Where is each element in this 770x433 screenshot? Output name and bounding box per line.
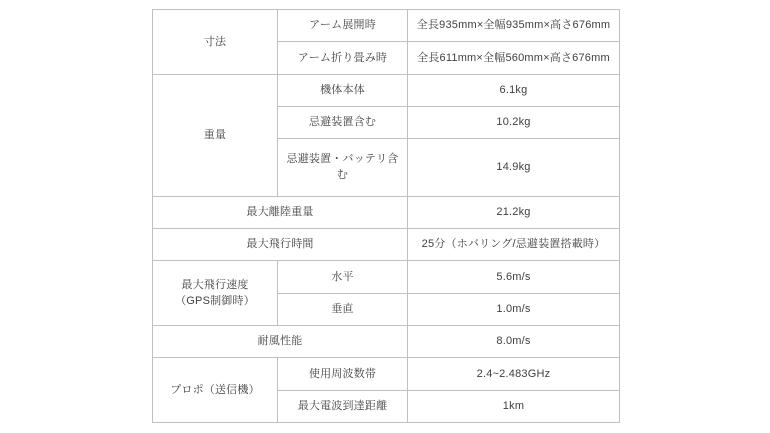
- row-value: 全長611mm×全幅560mm×高さ676mm: [408, 42, 620, 74]
- row-sub-label: 忌避装置・バッテリ含む: [278, 139, 408, 196]
- row-group-label: 最大飛行速度 （GPS制御時）: [153, 261, 278, 326]
- row-value: 5.6m/s: [408, 261, 620, 293]
- row-value: 14.9kg: [408, 139, 620, 196]
- row-group-label: 重量: [153, 74, 278, 196]
- row-sub-label: 水平: [278, 261, 408, 293]
- row-value: 21.2kg: [408, 196, 620, 228]
- row-group-label: 最大離陸重量: [153, 196, 408, 228]
- row-value: 1km: [408, 390, 620, 422]
- row-group-label-line1: 最大飛行速度: [157, 277, 273, 294]
- table-row: プロポ（送信機） 使用周波数帯 2.4~2.483GHz: [153, 358, 620, 390]
- row-value: 10.2kg: [408, 107, 620, 139]
- table-row: 耐風性能 8.0m/s: [153, 325, 620, 357]
- row-value: 2.4~2.483GHz: [408, 358, 620, 390]
- table-row: 重量 機体本体 6.1kg: [153, 74, 620, 106]
- table-row: 最大飛行速度 （GPS制御時） 水平 5.6m/s: [153, 261, 620, 293]
- row-sub-label: 最大電波到達距離: [278, 390, 408, 422]
- row-value: 全長935mm×全幅935mm×高さ676mm: [408, 10, 620, 42]
- row-sub-label: アーム折り畳み時: [278, 42, 408, 74]
- row-sub-label: アーム展開時: [278, 10, 408, 42]
- table-row: 寸法 アーム展開時 全長935mm×全幅935mm×高さ676mm: [153, 10, 620, 42]
- table-row: 最大飛行時間 25分（ホバリング/忌避装置搭載時）: [153, 228, 620, 260]
- row-sub-label: 機体本体: [278, 74, 408, 106]
- row-value: 8.0m/s: [408, 325, 620, 357]
- row-value: 25分（ホバリング/忌避装置搭載時）: [408, 228, 620, 260]
- page: 寸法 アーム展開時 全長935mm×全幅935mm×高さ676mm アーム折り畳…: [0, 0, 770, 433]
- row-group-label: 最大飛行時間: [153, 228, 408, 260]
- row-value: 1.0m/s: [408, 293, 620, 325]
- spec-table: 寸法 アーム展開時 全長935mm×全幅935mm×高さ676mm アーム折り畳…: [152, 9, 620, 423]
- row-sub-label: 垂直: [278, 293, 408, 325]
- row-group-label: プロポ（送信機）: [153, 358, 278, 423]
- row-group-label: 寸法: [153, 10, 278, 75]
- table-row: 最大離陸重量 21.2kg: [153, 196, 620, 228]
- row-group-label: 耐風性能: [153, 325, 408, 357]
- row-sub-label: 使用周波数帯: [278, 358, 408, 390]
- row-group-label-line2: （GPS制御時）: [157, 293, 273, 310]
- row-sub-label: 忌避装置含む: [278, 107, 408, 139]
- row-value: 6.1kg: [408, 74, 620, 106]
